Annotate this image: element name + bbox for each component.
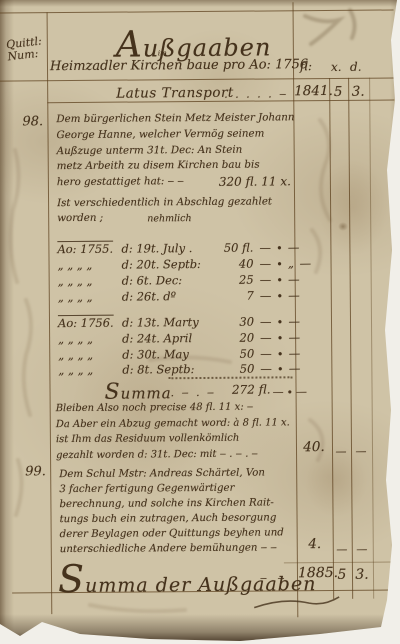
total-leaders: ‒ . ‒ xyxy=(260,571,285,584)
payment-row: Ao: 1755.d: 19t. July .50 fl.— ∙ — xyxy=(57,240,291,256)
column-header-kreuzer: x. xyxy=(331,60,342,74)
entry-98-closing-line: Bleiben Also noch precise 48 fl. 11 x: ‒ xyxy=(56,399,290,416)
payment-amount: 25 xyxy=(210,273,254,287)
payment-row: „ „ „ „d: 26t. dº7— ∙ — xyxy=(58,288,292,304)
payment-row: „ „ „ „d: 20t. Septb:40— ∙ „ — xyxy=(57,256,291,272)
total-kreuzer: 5 xyxy=(333,567,351,583)
payment-date: d: 24t. April xyxy=(122,331,210,346)
entry-98-denar: — xyxy=(351,445,371,458)
transport-label: Latus Transport xyxy=(116,85,234,102)
entry-99-line: derer Beylagen oder Quittungs beyhen und xyxy=(60,526,284,543)
payment-date: d: 6t. Dec: xyxy=(122,273,210,288)
payment-year: „ „ „ „ xyxy=(58,274,122,289)
payment-dashes: — ∙ — xyxy=(253,240,300,254)
entry-98-line: Dem bürgerlichen Stein Metz Meister Joha… xyxy=(56,110,294,128)
payment-amount: 20 xyxy=(210,331,254,345)
pen-flourish xyxy=(252,595,342,612)
entry-number: 98. xyxy=(22,114,43,129)
payment-amount: 50 fl. xyxy=(209,241,253,255)
entry-98-closing-line: Da Aber ein Abzug gemacht word: à 8 fl. … xyxy=(56,415,290,432)
entry-98-summa-amount: 272 fl. xyxy=(218,382,270,396)
payment-row: „ „ „ „d: 30t. May50— ∙ — xyxy=(58,346,292,362)
payment-amount: 40 xyxy=(209,257,253,271)
transport-leaders: . . . . . ‒ xyxy=(224,87,288,101)
payment-date: d: 26t. dº xyxy=(122,289,210,304)
payment-row: „ „ „ „d: 8t. Septb:50— ∙ — xyxy=(58,361,292,377)
payment-date: d: 13t. Marty xyxy=(122,315,210,330)
payment-year: Ao: 1756. xyxy=(58,316,122,331)
entry-98-note1: Ist verschiedentlich in Abschlag gezahle… xyxy=(57,195,272,209)
entry-98-amount: 320 fl. 11 x. xyxy=(199,174,291,189)
rule-kreuzer-column xyxy=(329,78,334,599)
payment-date: d: 8t. Septb: xyxy=(122,362,210,377)
payment-dashes: — ∙ — xyxy=(254,272,301,286)
payment-year: „ „ „ „ xyxy=(58,290,122,305)
entry-98-line: Außzuge unterm 31t. Dec: An Stein xyxy=(57,142,295,160)
payment-year: „ „ „ „ xyxy=(58,332,122,347)
entry-99-line: Dem Schul Mstr: Andreas Schärtel, Von xyxy=(59,465,283,482)
scanned-manuscript: Quittl: Num: Außgaaben im Heimzadler Kir… xyxy=(0,0,400,644)
entry-98-florin: 40. xyxy=(297,439,331,455)
entry-98-note3: nehmlich xyxy=(147,213,191,224)
rule-denar-column xyxy=(348,78,353,599)
payment-row: „ „ „ „d: 6t. Dec:25— ∙ — xyxy=(58,272,292,288)
entry-99-denar: — xyxy=(352,543,372,556)
payment-year: „ „ „ „ xyxy=(58,363,122,378)
payment-amount: 7 xyxy=(210,289,254,303)
margin-header: Quittl: Num: xyxy=(6,35,44,63)
transport-denar: 3. xyxy=(348,84,368,100)
payment-row: „ „ „ „d: 24t. April20— ∙ — xyxy=(58,330,292,346)
payment-amount: 30 xyxy=(210,315,254,329)
entry-98-line: metz Arbeith zu disem Kirchen bau bis xyxy=(57,158,295,176)
payment-amount: 50 xyxy=(210,362,254,376)
payment-year: Ao: 1755. xyxy=(57,242,121,257)
entry-99-kreuzer: — xyxy=(333,543,351,556)
entry-98-summa-dashes: — ∙ — xyxy=(273,385,307,398)
entry-98-closing: Bleiben Also noch precise 48 fl. 11 x: ‒… xyxy=(56,399,291,463)
rule-header-bottom xyxy=(0,77,394,81)
payment-date: d: 20t. Septb: xyxy=(121,257,209,272)
total-denar: 3. xyxy=(352,567,372,583)
entry-99-florin: 4. xyxy=(298,536,332,552)
entry-99-line: 3 facher fertigung Gegenwärtiger xyxy=(59,480,283,497)
column-header-florin: fl: xyxy=(300,59,312,73)
payment-dashes: — ∙ — xyxy=(254,361,301,375)
subtitle-insertion: im xyxy=(158,49,167,57)
payment-dashes: — ∙ — xyxy=(254,330,301,344)
entry-98-closing-line: ist Ihm das Residuum vollenkömlich xyxy=(56,430,290,447)
entry-99-body: Dem Schul Mstr: Andreas Schärtel, Von 3 … xyxy=(59,465,284,557)
payment-dashes: — ∙ — xyxy=(254,288,301,302)
entry-98-note2: worden ; xyxy=(57,212,103,224)
column-header-denar: d. xyxy=(350,60,362,74)
dotted-leader-line xyxy=(168,376,292,379)
margin-header-line2: Num: xyxy=(7,47,44,63)
payment-dashes: — ∙ — xyxy=(254,314,301,328)
payment-year: „ „ „ „ xyxy=(58,348,122,363)
entry-99-line: tungs buch ein zutragen, Auch besorgung xyxy=(59,511,283,528)
payment-row: Ao: 1756.d: 13t. Marty30— ∙ — xyxy=(58,314,292,330)
total-florin: 1885. xyxy=(298,565,332,581)
manuscript-page: Quittl: Num: Außgaaben im Heimzadler Kir… xyxy=(0,0,400,644)
payment-dashes: — ∙ — xyxy=(254,346,301,360)
payment-date: d: 30t. May xyxy=(122,347,210,362)
page-subtitle: Heimzadler Kirchen baue pro Ao: 1756 xyxy=(50,57,308,74)
entry-number: 99. xyxy=(25,464,46,479)
entry-98-summa-leaders: . ‒ . ‒ xyxy=(171,386,217,399)
transport-florin: 1841. xyxy=(294,83,328,99)
payment-date: d: 19t. July . xyxy=(121,241,209,256)
entry-98-line: George Hanne, welcher Vermög seinem xyxy=(56,126,294,144)
entry-99-line: berechnung, und solche ins Kirchen Rait- xyxy=(59,496,283,513)
page-content: Quittl: Num: Außgaaben im Heimzadler Kir… xyxy=(0,0,400,644)
payment-year: „ „ „ „ xyxy=(57,258,121,273)
rule-right-edge-column xyxy=(369,78,374,599)
rule-top xyxy=(0,9,394,13)
entry-98-closing-line: gezahlt worden d: 31t. Dec: mit ‒ . ‒ . … xyxy=(56,446,290,463)
payment-amount: 50 xyxy=(210,347,254,361)
payment-dashes: — ∙ „ — xyxy=(253,256,312,270)
entry-98-kreuzer: — xyxy=(332,445,350,458)
transport-kreuzer: 5 xyxy=(329,84,347,100)
